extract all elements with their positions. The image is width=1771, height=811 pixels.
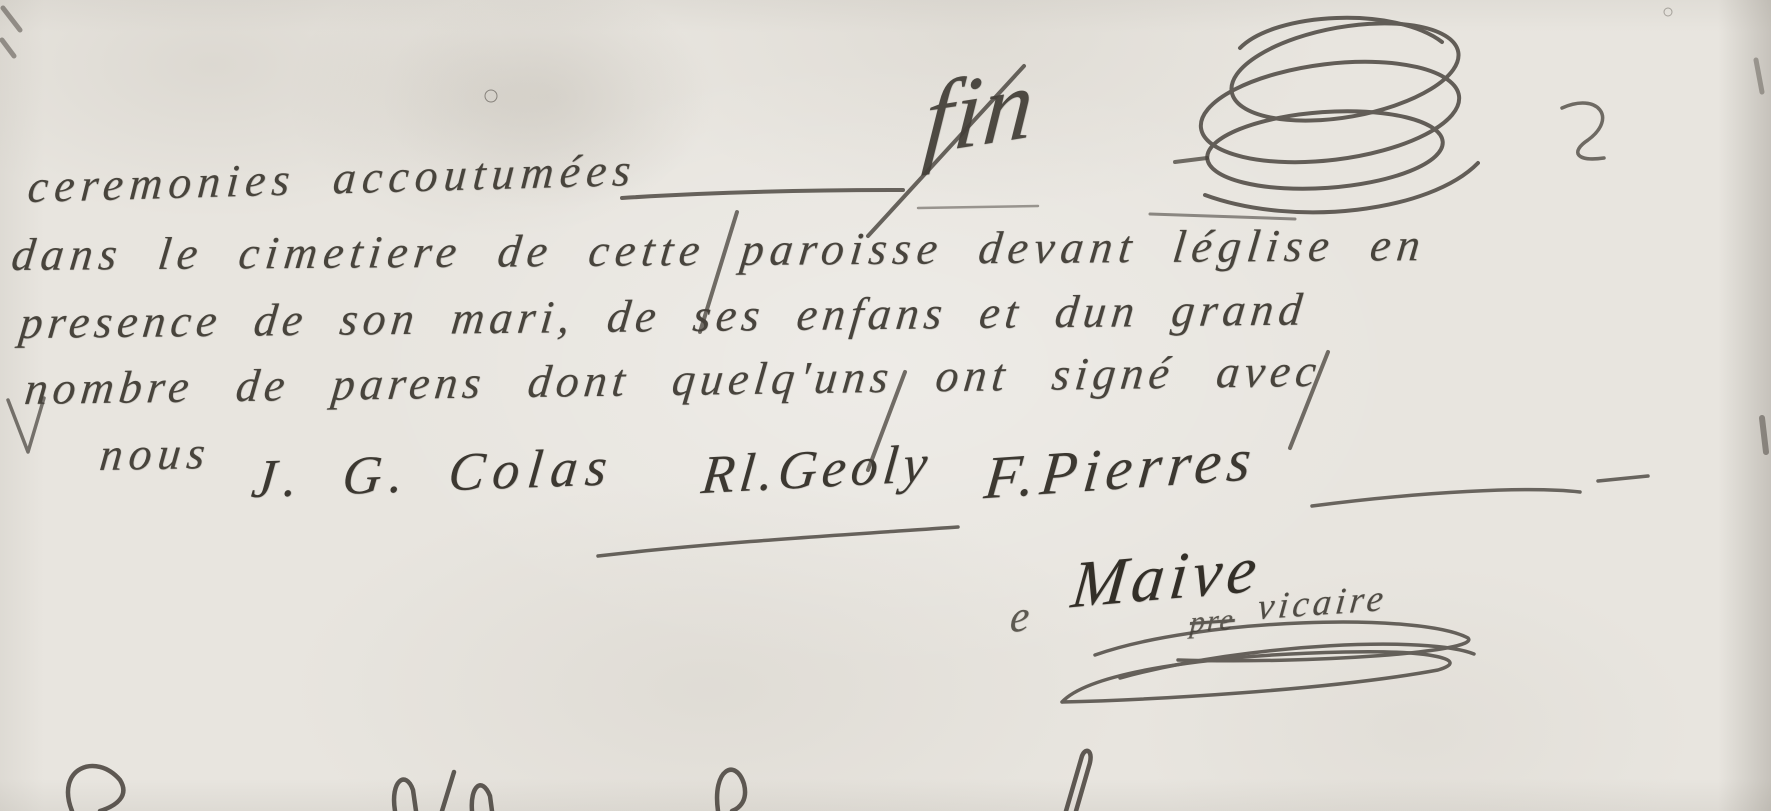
fin-marker: fin — [920, 43, 1041, 179]
fin-diagonal-stroke — [868, 66, 1207, 236]
body-line-4: nombre de parens dont quelq'uns ont sign… — [22, 344, 1324, 415]
body-line-1: ceremonies accoutumées — [26, 143, 639, 213]
signature-geoly: Rl.Geoly — [699, 432, 936, 506]
pierres-tail-stroke — [1312, 476, 1648, 506]
officiant-paraph — [1062, 622, 1474, 702]
manuscript-page: ceremonies accoutumées dans le cimetiere… — [0, 0, 1771, 811]
signature-pierres: F.Pierres — [981, 425, 1260, 514]
ink-scribble-top-right-icon — [1150, 8, 1478, 219]
officiant-title: vicaire — [1256, 577, 1390, 629]
officiant-initial: e — [1009, 590, 1030, 644]
officiant-signature: Maive — [1068, 531, 1265, 625]
right-edge-curl-icon — [1562, 103, 1604, 159]
cutoff-next-entry-strokes — [68, 751, 1091, 811]
signature-underline — [598, 527, 958, 556]
officiant-struck-word: pre — [1189, 603, 1236, 640]
body-line-5: nous — [97, 426, 213, 481]
signature-colas: J. G. Colas — [249, 435, 618, 510]
underline-after-accoutumees — [622, 190, 1038, 208]
body-line-2: dans le cimetiere de cette paroisse deva… — [9, 218, 1429, 281]
body-line-3: presence de son mari, de ses enfans et d… — [17, 282, 1310, 349]
